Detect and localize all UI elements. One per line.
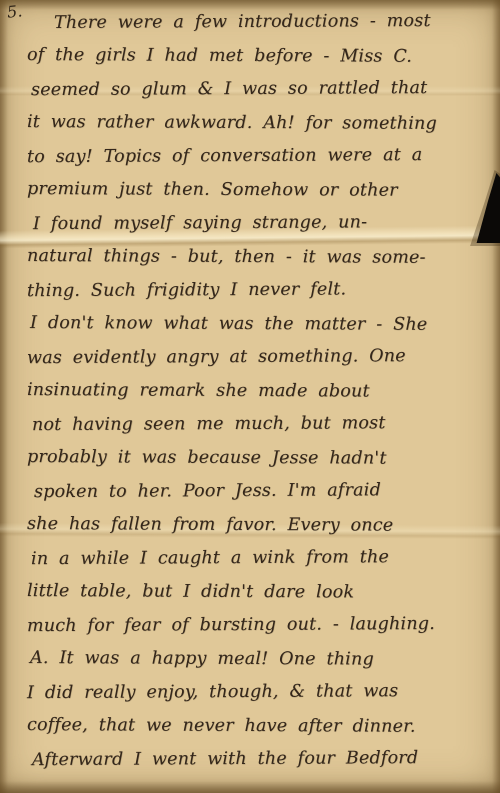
handwritten-line: not having seen me much, but most <box>0 407 492 443</box>
handwritten-line: thing. Such frigidity I never felt. <box>0 273 492 309</box>
handwritten-line: spoken to her. Poor Jess. I'm afraid <box>0 474 492 510</box>
handwritten-line: I don't know what was the matter - She <box>0 306 492 342</box>
handwritten-line: premium just then. Somehow or other <box>0 172 492 208</box>
handwritten-line: probably it was because Jesse hadn't <box>0 440 492 476</box>
handwritten-line: to say! Topics of conversation were at a <box>0 139 492 175</box>
handwritten-line: There were a few introductions - most <box>0 5 492 41</box>
handwritten-line: Afterward I went with the four Bedford <box>0 742 492 778</box>
handwritten-line: she has fallen from favor. Every once <box>0 507 492 543</box>
letter-scan-page: 5. There were a few introductions - most… <box>0 0 500 793</box>
handwritten-line: it was rather awkward. Ah! for something <box>0 105 492 141</box>
handwritten-line: I found myself saying strange, un- <box>0 206 492 242</box>
handwritten-line: little table, but I didn't dare look <box>0 574 492 610</box>
handwritten-line: I did really enjoy, though, & that was <box>0 675 492 711</box>
handwritten-line: was evidently angry at something. One <box>0 340 492 376</box>
handwritten-line: in a while I caught a wink from the <box>0 541 492 577</box>
paper-edge-shading-bottom <box>0 781 500 793</box>
handwritten-line: much for fear of bursting out. - laughin… <box>0 608 492 644</box>
handwritten-line: A. It was a happy meal! One thing <box>0 641 492 677</box>
handwritten-line: coffee, that we never have after dinner. <box>0 708 492 744</box>
handwritten-line: insinuating remark she made about <box>0 373 492 409</box>
handwritten-line: natural things - but, then - it was some… <box>0 239 492 275</box>
letter-body: There were a few introductions - most of… <box>0 6 492 777</box>
handwritten-line: of the girls I had met before - Miss C. <box>0 38 492 74</box>
handwritten-line: seemed so glum & I was so rattled that <box>0 72 492 108</box>
paper-edge-shading-right <box>492 0 500 793</box>
